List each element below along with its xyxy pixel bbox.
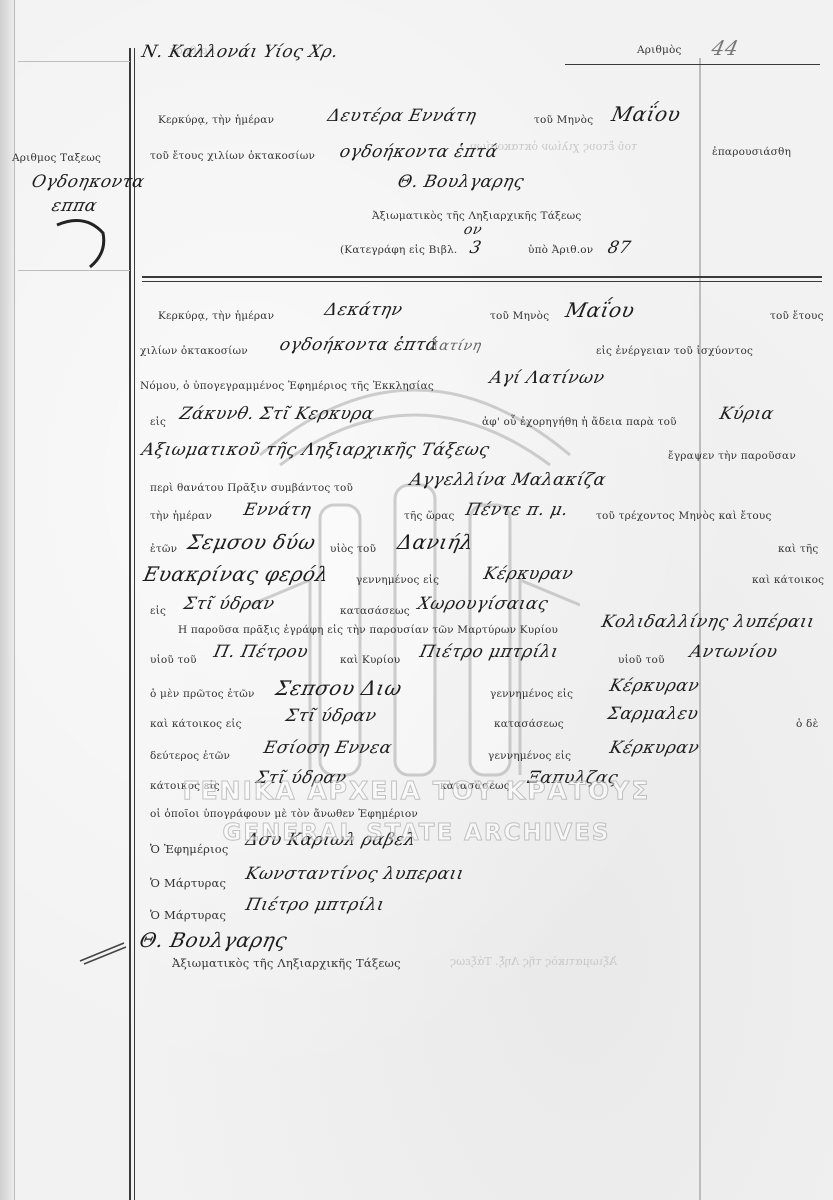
act-label: καὶ κάτοικος εἰς <box>150 718 242 730</box>
age-value: Σεμσου δύω <box>185 530 318 554</box>
binding-edge <box>0 0 15 1200</box>
birthplace-value: Κέρκυραν <box>482 564 575 584</box>
act-label: εἰς <box>150 416 166 428</box>
residence-value: Στῖ ύδραν <box>182 594 277 614</box>
act-label: ὁ μὲν πρῶτος ἐτῶν <box>150 688 255 700</box>
act-label: δεύτερος ἐτῶν <box>150 750 230 762</box>
act-label: ὁ δὲ <box>796 718 818 730</box>
witness2-signature-label: Ὁ Μάρτυρας <box>150 908 226 922</box>
witness1-occupation-value: Σαρμαλευ <box>606 704 701 724</box>
section-divider-bottom <box>142 281 822 282</box>
officer-signature: Θ. Βουλγαρης <box>396 172 526 192</box>
death-date-value: Εννάτη <box>242 500 313 520</box>
witness2-age-value: Εσίοση Εννεα <box>262 738 394 758</box>
witness1-age-value: Σεπσου Διω <box>273 676 404 700</box>
book-value: 3 <box>468 238 484 258</box>
act-label: γεννημένος εἰς <box>356 574 439 586</box>
officer-value: Αξιωματικοῦ τῆς Ληξιαρχικῆς Τάξεως <box>140 440 492 460</box>
act-label: τῆς ὥρας <box>404 510 455 522</box>
father-value: Δανιήλ <box>395 530 476 554</box>
closing-officer-signature: Θ. Βουλγαρης <box>137 928 289 952</box>
month-label: τοῦ Μηνὸς <box>534 114 593 126</box>
act-label: τὴν ἡμέραν <box>150 510 212 522</box>
act-label: ἐτῶν <box>150 543 177 555</box>
city-day-label: Κερκύρᾳ, τὴν ἡμέραν <box>158 114 274 126</box>
order-number-value-2: εππα <box>50 196 99 216</box>
act-label: Νόμου, ὁ ὑπογεγραμμένος Ἐφημέριος τῆς Ἐκ… <box>140 380 434 392</box>
act-label: περὶ θανάτου Πρᾶξιν συμβάντος τοῦ <box>150 482 353 494</box>
order-number-label: Αριθμος Ταξεως <box>12 152 101 164</box>
header-rule-right <box>565 64 820 65</box>
act-label: τοῦ ἔτους <box>770 310 824 322</box>
act-label: κατασάσεως <box>340 605 410 617</box>
death-hour-value: Πέντε π. μ. <box>464 500 570 520</box>
death-month-value: Μαΐου <box>563 298 637 322</box>
annotation-value: λατίνη <box>428 338 483 354</box>
act-label: τοῦ τρέχοντος Μηνὸς καὶ ἔτους <box>596 510 772 522</box>
death-day-value: Δεκάτην <box>323 300 405 320</box>
number-label: Αριθμὸς <box>637 44 682 56</box>
book-superscript: ον <box>462 222 483 238</box>
witness1-birthplace-value: Κέρκυραν <box>608 676 701 696</box>
watermark-greek: ΓΕΝΙΚΑ ΑΡΧΕΙΑ ΤΟΥ ΚΡΑΤΟΥΣ <box>0 776 833 805</box>
witness1-father-value: Π. Πέτρου <box>212 642 310 662</box>
document-page: Αριθμός τοῦ ἔτους χιλίων ὀκτακοσίων Ἀξιω… <box>0 0 833 1200</box>
act-label: Κερκύρᾳ, τὴν ἡμέραν <box>158 310 274 322</box>
act-label: εἰς <box>150 605 166 617</box>
act-label: χιλίων ὀκτακοσίων <box>140 345 248 357</box>
officer-title: Ἀξιωματικὸς τῆς Ληξιαρχικῆς Τάξεως <box>372 210 581 222</box>
act-label: καὶ κάτοικος <box>752 574 824 586</box>
number-value: 44 <box>709 36 741 60</box>
witness2-father-value: Αντωνίου <box>688 642 780 662</box>
witness2-name-value: Πιέτρο μπτρίλι <box>418 642 561 662</box>
church-value: Αγί Λατίνων <box>488 368 607 388</box>
watermark-english: GENERAL STATE ARCHIVES <box>0 820 833 846</box>
occupation-value: Χωρουγίσαιας <box>416 594 550 614</box>
margin-section-rule <box>18 270 130 271</box>
act-label: κατασάσεως <box>494 718 564 730</box>
act-label: ἀφ' οὗ ἐχορηγήθη ἡ ἄδεια παρὰ τοῦ <box>482 416 677 428</box>
authority-value: Κύρια <box>718 404 776 424</box>
act-label: υἱὸς τοῦ <box>330 543 376 555</box>
act-label: υἱοῦ τοῦ <box>618 654 665 666</box>
entry-number-label: ὑπὸ Ἀριθ.ον <box>528 244 593 256</box>
margin-rule-left <box>129 48 131 1200</box>
witness1-signature-label: Ὁ Μάρτυρας <box>150 876 226 890</box>
year-value: ογδοήκοντα ἑπτά <box>338 142 500 162</box>
act-label: ἔγραψεν τὴν παροῦσαν <box>668 450 796 462</box>
act-label: καὶ Κυρίου <box>340 654 400 666</box>
deceased-name-value: Αγγελλίνα Μαλακίζα <box>408 470 608 490</box>
pen-stroke-icon <box>78 935 128 965</box>
closing-officer-title: Ἀξιωματικὸς τῆς Ληξιαρχικῆς Τάξεως <box>172 956 401 970</box>
witness2-signature: Πιέτρο μπτρίλι <box>244 895 387 915</box>
act-label: εἰς ἐνέργειαν τοῦ ἰσχύοντος <box>596 345 753 357</box>
act-label: τοῦ Μηνὸς <box>490 310 549 322</box>
act-label: γεννημένος εἰς <box>490 688 573 700</box>
witness1-signature: Κωνσταντίνος λυπεραιι <box>244 864 466 884</box>
margin-rule-left-inner <box>134 48 135 1200</box>
margin-annotation: Ν. Καλλονάι Υίος Χρ. <box>140 42 340 62</box>
day-value: Δευτέρα Εννάτη <box>326 106 479 126</box>
place-value: Ζάκυνθ. Στῖ Κερκυρα <box>178 404 376 424</box>
mother-value: Ευακρίνας φερόλ <box>141 562 331 586</box>
act-label: υἱοῦ τοῦ <box>150 654 197 666</box>
header-rule-left <box>18 61 130 62</box>
act-label: Η παροῦσα πρᾶξις ἐγράφη εἰς τὴν παρουσία… <box>178 624 558 636</box>
witness1-residence-value: Στῖ ύδραν <box>284 706 379 726</box>
witness2-birthplace-value: Κέρκυραν <box>608 738 701 758</box>
flourish-icon <box>55 215 110 270</box>
act-label: γεννημένος εἰς <box>488 750 571 762</box>
year-label: τοῦ ἔτους χιλίων ὀκτακοσίων <box>150 150 315 162</box>
appeared-label: ἐπαρουσιάσθη <box>712 146 791 158</box>
entry-number-value: 87 <box>606 238 633 258</box>
act-label: καὶ τῆς <box>778 543 819 555</box>
section-divider-top <box>142 276 822 278</box>
order-number-value: Ογδοηκοντα <box>30 172 147 192</box>
act-label: οἱ ὁποῖοι ὑπογράφουν μὲ τὸν ἄνωθεν Ἐφημέ… <box>150 808 418 820</box>
bleed-through-text: Ἀξιωματικὸς τῆς Ληξ. Τάξεως <box>450 955 617 968</box>
witness1-name-value: Κολιδαλλίνης λυπέραιι <box>600 612 817 632</box>
death-year-value: ογδοήκοντα ἑπτά <box>278 335 440 355</box>
month-value: Μαΐου <box>609 102 683 126</box>
registered-label: (Κατεγράφη εἰς Βιβλ. <box>340 244 457 256</box>
